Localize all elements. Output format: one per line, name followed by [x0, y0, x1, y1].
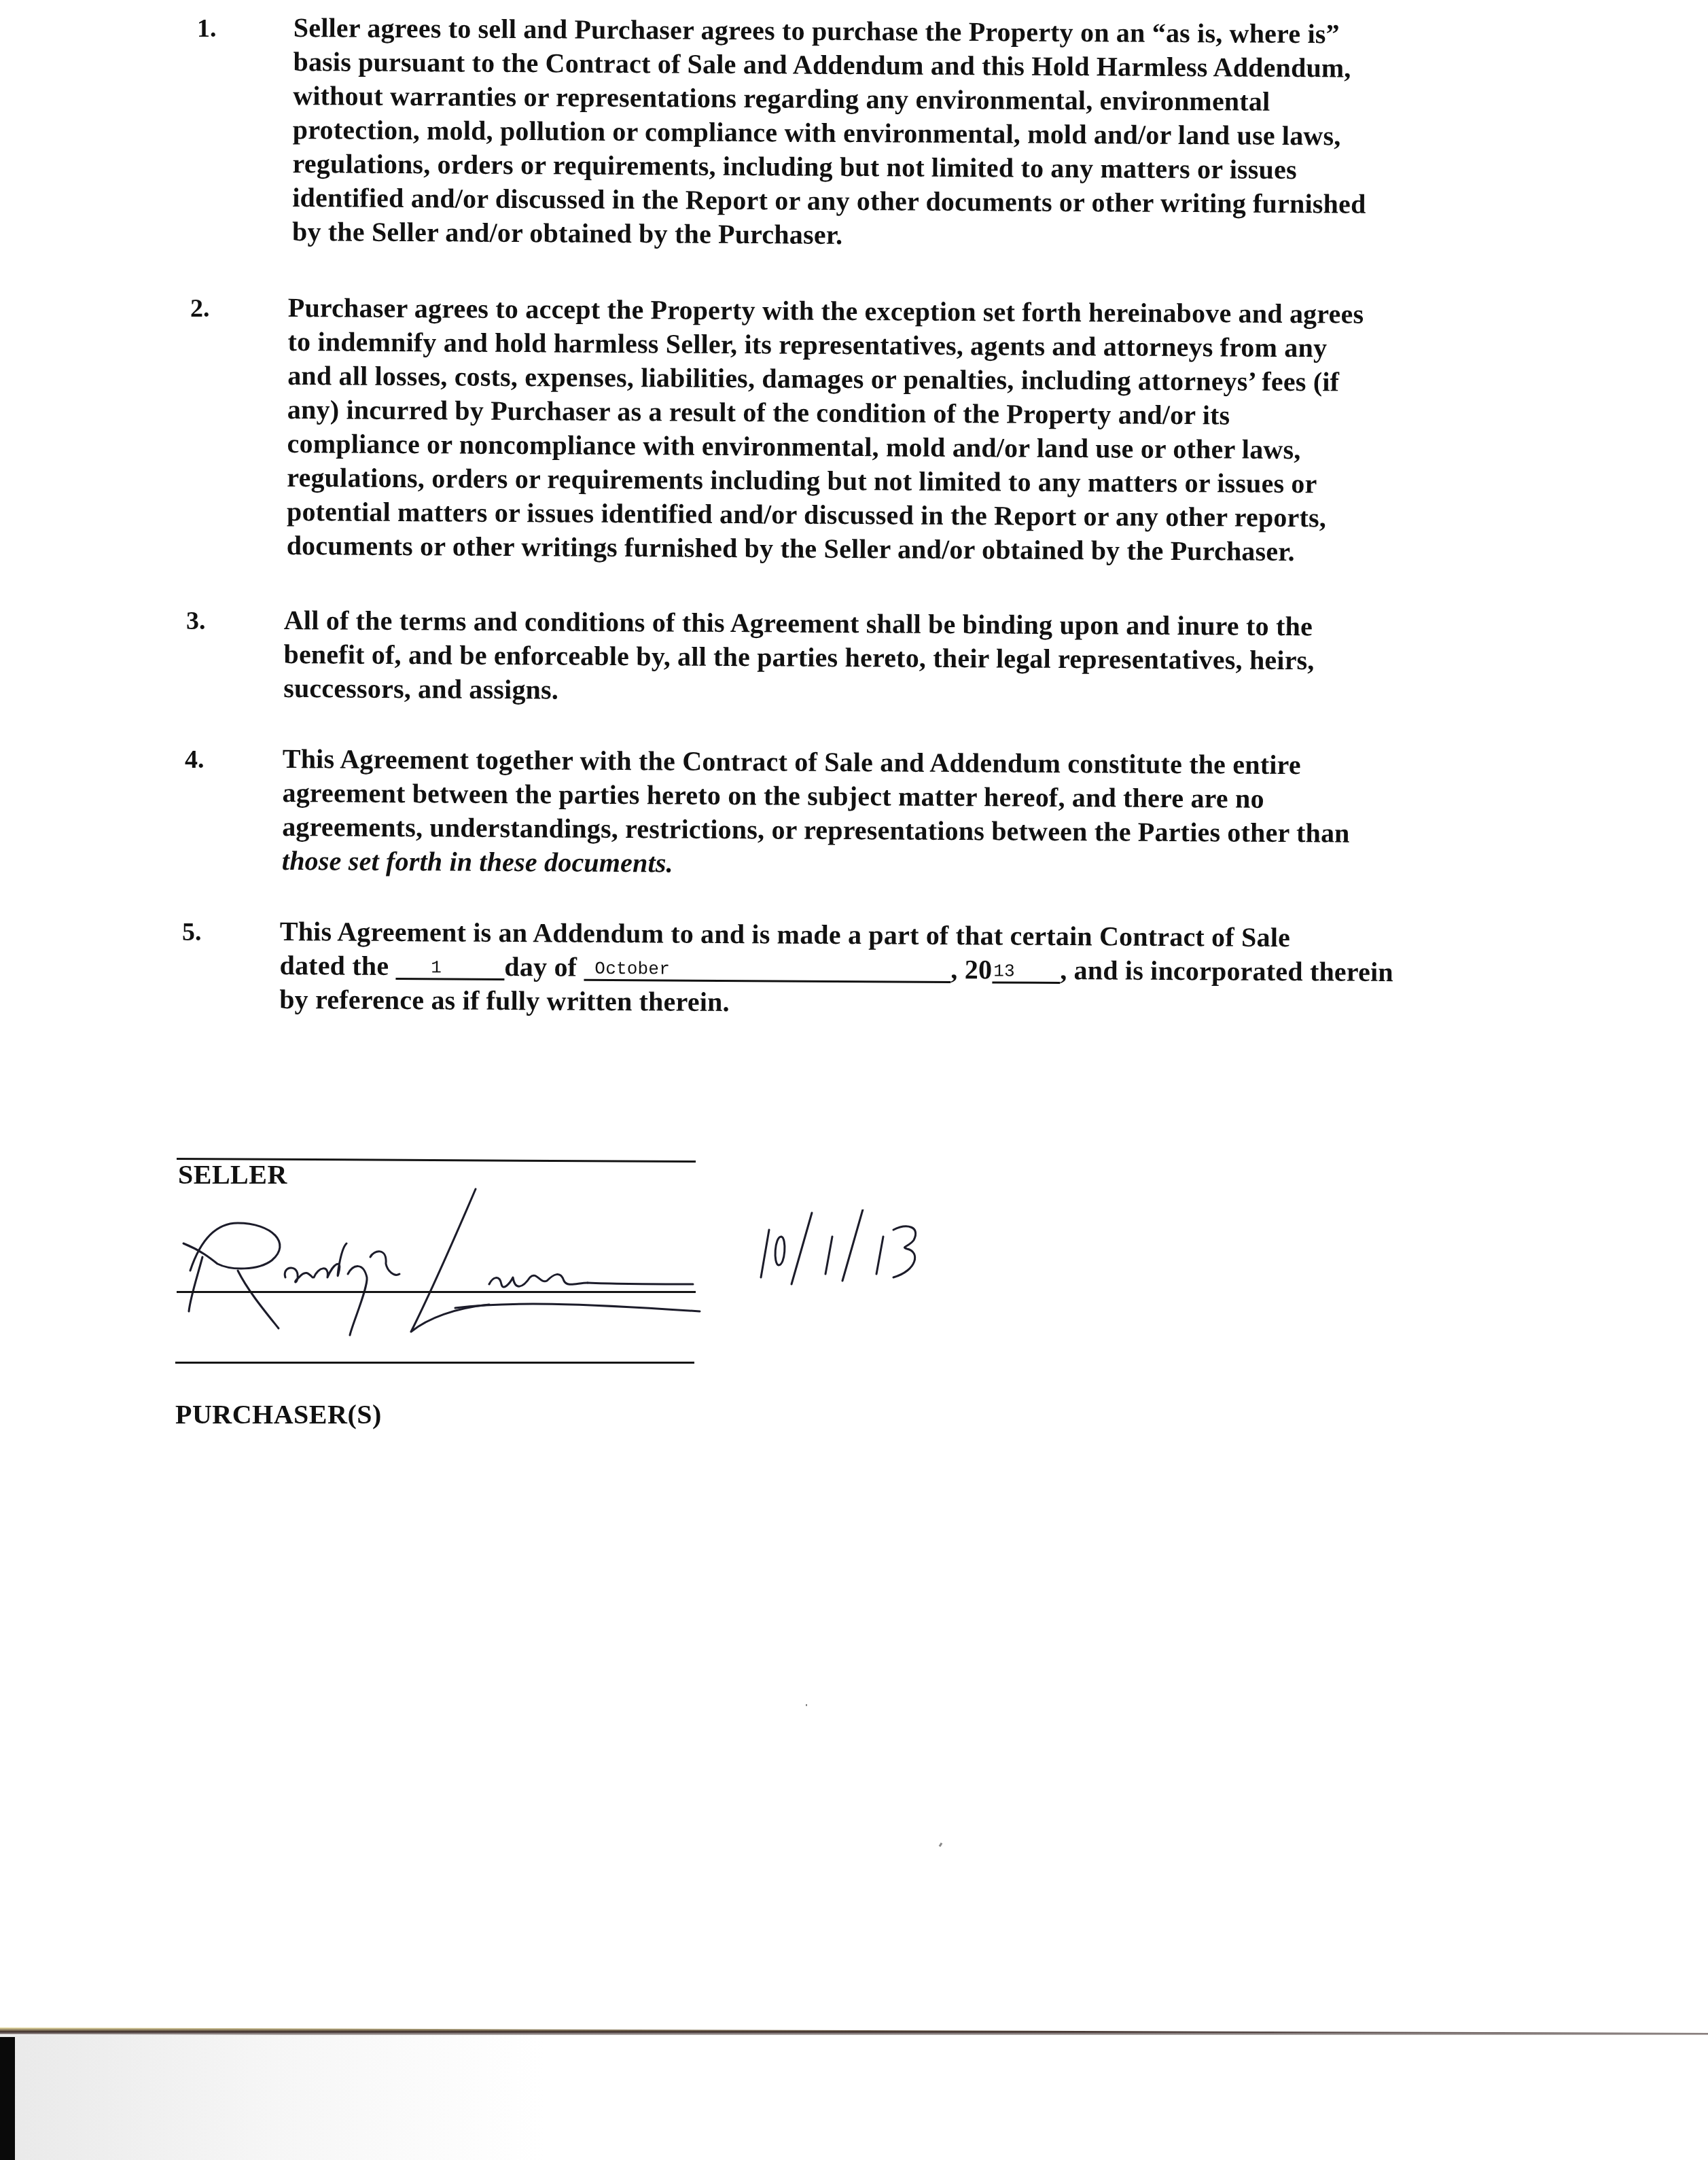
scan-speck	[806, 1704, 807, 1706]
clause-text: This Agreement together with the Contrac…	[282, 742, 1499, 885]
scanner-bed	[0, 2035, 1708, 2160]
clause-text: All of the terms and conditions of this …	[283, 603, 1500, 713]
dated-the-label: dated the	[279, 950, 389, 981]
clause-number: 1.	[197, 12, 217, 45]
seller-handwritten-date: 10/1/13	[754, 1209, 992, 1291]
purchaser-signature-line[interactable]	[175, 1362, 694, 1364]
clause-text: This Agreement is an Addendum to and is …	[279, 915, 1496, 1024]
year-field[interactable]: 13	[992, 961, 1060, 984]
year-prefix-label: , 20	[950, 954, 992, 985]
seller-signature[interactable]: Randolph Lucas	[170, 1182, 727, 1339]
month-field[interactable]: October	[584, 959, 950, 983]
purchaser-label: PURCHASER(S)	[175, 1398, 382, 1431]
clause-number: 2.	[190, 292, 210, 325]
clause-number: 5.	[182, 916, 202, 949]
day-field[interactable]: 1	[395, 957, 504, 980]
seller-signature-line	[177, 1291, 696, 1293]
clause-number: 4.	[185, 743, 204, 776]
clause-number: 3.	[186, 605, 206, 637]
scan-speck	[939, 1843, 943, 1847]
document-page: 1. Seller agrees to sell and Purchaser a…	[0, 0, 1708, 2032]
scanner-border	[0, 2037, 15, 2160]
clause-text: Purchaser agrees to accept the Property …	[287, 291, 1504, 570]
day-of-label: day of	[504, 951, 577, 982]
incorporated-label: , and is incorporated therein	[1060, 955, 1393, 987]
clause-line: successors, and assigns.	[283, 671, 1499, 713]
clause-text: Seller agrees to sell and Purchaser agre…	[292, 11, 1510, 256]
